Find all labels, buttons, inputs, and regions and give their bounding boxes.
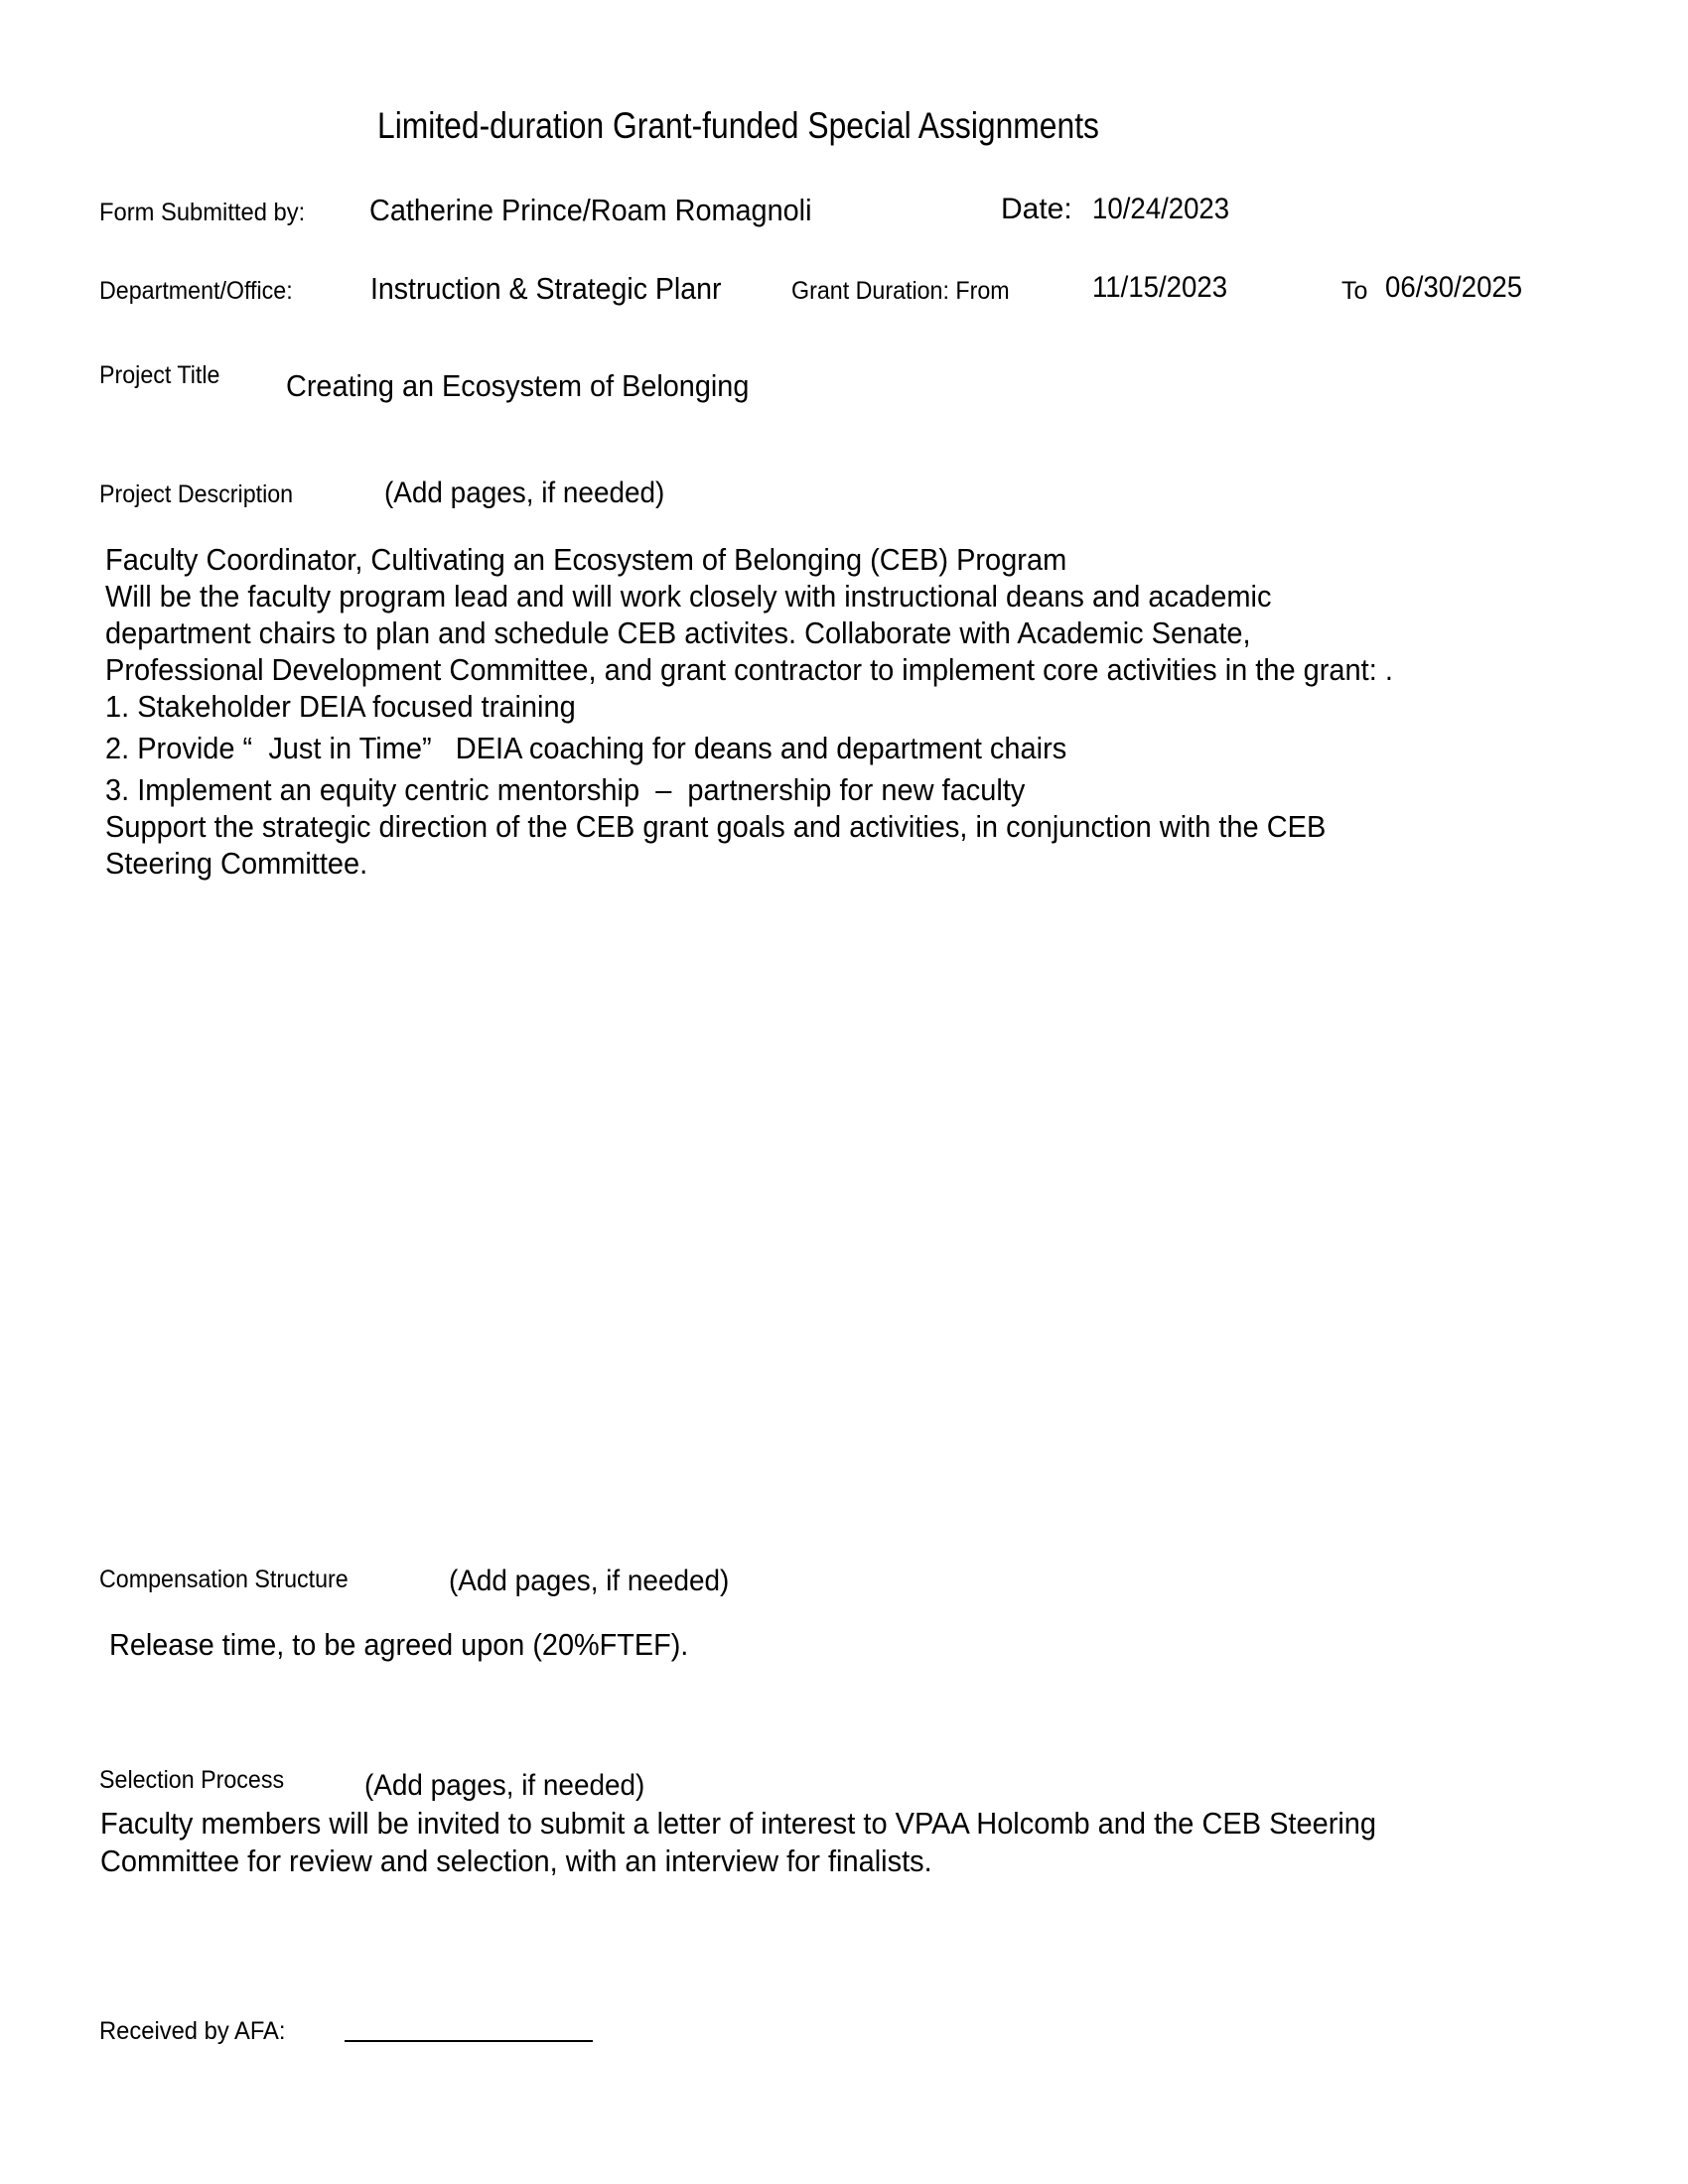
selection-label: Selection Process	[99, 1768, 284, 1793]
description-line: Steering Committee.	[105, 845, 1554, 882]
submitted-by-field[interactable]: Catherine Prince/Roam Romagnoli	[369, 195, 811, 225]
description-line: Support the strategic direction of the C…	[105, 808, 1554, 845]
date-label: Date:	[1001, 195, 1072, 224]
grant-from-field[interactable]: 11/15/2023	[1092, 273, 1227, 303]
description-line: Professional Development Committee, and …	[105, 651, 1554, 688]
description-line: 3. Implement an equity centric mentorshi…	[105, 771, 1554, 808]
compensation-label: Compensation Structure	[99, 1568, 349, 1592]
department-label: Department/Office:	[99, 279, 293, 304]
description-line: Will be the faculty program lead and wil…	[105, 578, 1554, 614]
project-title-field[interactable]: Creating an Ecosystem of Belonging	[286, 370, 749, 401]
selection-line[interactable]: Committee for review and selection, with…	[100, 1845, 932, 1876]
submitted-by-label: Form Submitted by:	[99, 201, 305, 225]
project-description-hint: (Add pages, if needed)	[384, 478, 664, 508]
grant-to-label: To	[1341, 279, 1367, 304]
grant-duration-label: Grant Duration: From	[791, 279, 1010, 304]
project-description-label: Project Description	[99, 482, 293, 507]
compensation-hint: (Add pages, if needed)	[449, 1567, 729, 1596]
department-field[interactable]: Instruction & Strategic Planr	[370, 273, 721, 304]
project-description-field[interactable]: Faculty Coordinator, Cultivating an Ecos…	[105, 541, 1554, 882]
received-by-label: Received by AFA:	[99, 2019, 285, 2044]
compensation-field[interactable]: Release time, to be agreed upon (20%FTEF…	[109, 1629, 688, 1660]
selection-hint: (Add pages, if needed)	[364, 1771, 644, 1801]
form-page: Limited-duration Grant-funded Special As…	[0, 0, 1688, 2184]
date-field[interactable]: 10/24/2023	[1092, 195, 1229, 224]
description-line: department chairs to plan and schedule C…	[105, 614, 1554, 651]
description-line: Faculty Coordinator, Cultivating an Ecos…	[105, 541, 1554, 578]
grant-to-field[interactable]: 06/30/2025	[1385, 273, 1522, 303]
description-line: 1. Stakeholder DEIA focused training	[105, 688, 1554, 725]
project-title-label: Project Title	[99, 363, 219, 388]
received-by-field[interactable]	[345, 2040, 593, 2042]
description-line: 2. Provide “ Just in Time” DEIA coaching…	[105, 730, 1554, 766]
selection-line[interactable]: Faculty members will be invited to submi…	[100, 1808, 1376, 1839]
form-title: Limited-duration Grant-funded Special As…	[377, 107, 1099, 144]
